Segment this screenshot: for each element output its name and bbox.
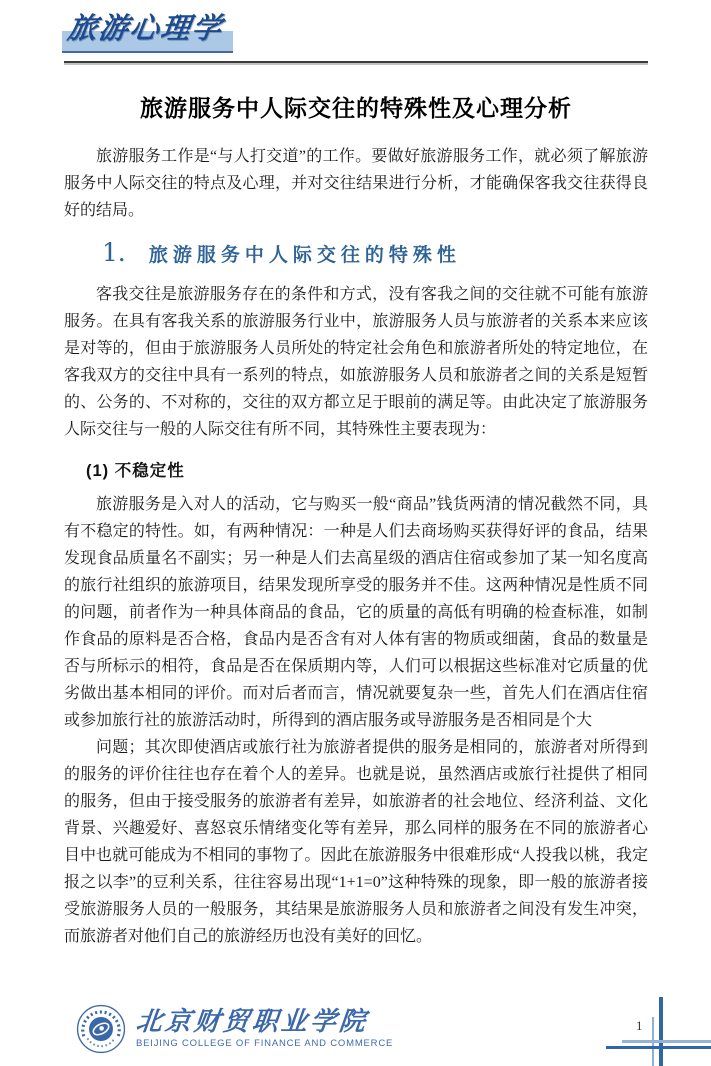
section-1-title: 旅游服务中人际交往的特殊性 xyxy=(149,240,461,267)
intro-paragraph: 旅游服务工作是“与人打交道”的工作。要做好旅游服务工作，就必须了解旅游服务中人际… xyxy=(64,143,648,224)
college-name-chinese: 北京财贸职业学院 xyxy=(135,1009,395,1036)
college-name-block: 北京财贸职业学院 BEIJING COLLEGE OF FINANCE AND … xyxy=(136,1009,393,1049)
section-1-paragraph: 客我交往是旅游服务存在的条件和方式，没有客我之间的交往就不可能有旅游服务。在具有… xyxy=(64,281,648,443)
textbook-page: 旅游心理学 旅游服务中人际交往的特殊性及心理分析 旅游服务工作是“与人打交道”的… xyxy=(0,0,711,1066)
subsection-1-heading: (1) 不稳定性 xyxy=(64,457,648,481)
subsection-1-paragraph-1: 旅游服务是入对人的活动，它与购买一般“商品”钱货两清的情况截然不同，具有不稳定的… xyxy=(64,491,648,734)
college-logo: 北京财贸职业学院 BEIJING COLLEGE OF FINANCE AND … xyxy=(76,1004,393,1054)
series-title: 旅游心理学 xyxy=(66,14,225,43)
page-number: 1 xyxy=(636,1018,643,1034)
college-name-english: BEIJING COLLEGE OF FINANCE AND COMMERCE xyxy=(136,1038,393,1049)
page-title: 旅游服务中人际交往的特殊性及心理分析 xyxy=(64,90,648,123)
section-1-heading: 1． 旅游服务中人际交往的特殊性 xyxy=(64,240,648,267)
section-1-number: 1． xyxy=(102,240,143,265)
corner-decoration-horizontal-light xyxy=(622,1040,711,1043)
corner-decoration-horizontal-dark xyxy=(606,1046,711,1049)
college-seal-icon xyxy=(76,1004,126,1054)
page-content: 旅游服务中人际交往的特殊性及心理分析 旅游服务工作是“与人打交道”的工作。要做好… xyxy=(64,84,648,950)
subsection-1-paragraph-2: 问题；其次即使酒店或旅行社为旅游者提供的服务是相同的，旅游者对所得到的服务的评价… xyxy=(64,734,648,950)
corner-decoration-vertical-dark xyxy=(659,997,663,1066)
header-divider xyxy=(64,61,648,63)
